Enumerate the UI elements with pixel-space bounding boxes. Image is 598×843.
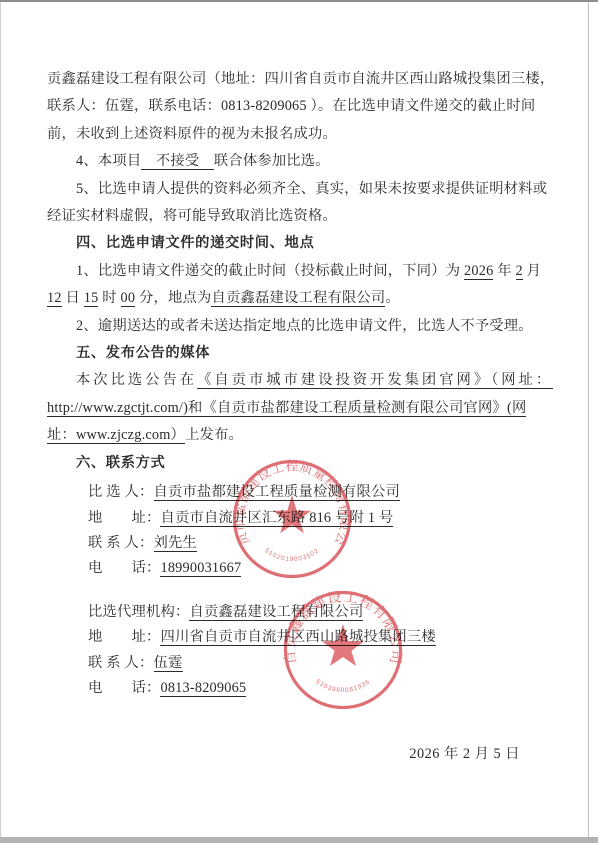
- section4-item1-line-2: 12 日 15 时 00 分，地点为自贡鑫磊建设工程有限公司。: [47, 285, 561, 312]
- contact-label: 电 话：: [88, 560, 160, 576]
- publish-site-url: http://www.zgctjt.com/)和《自贡市盐都建设工程质量检测有限…: [47, 400, 526, 417]
- page-edge-top: [0, 0, 598, 2]
- contact-value: 18990031667: [160, 560, 241, 577]
- owner-contact-block: 比 选 人：自贡市盐都建设工程质量检测有限公司 地 址：自贡市自流井区汇东路 8…: [47, 480, 561, 582]
- intro-line-2: 联系人：伍霆，联系电话：0813-8209065 ）。在比选申请文件递交的截止时…: [47, 93, 561, 120]
- contact-label: 电 话：: [88, 680, 160, 696]
- contact-row-phone: 电 话：0813-8209065: [47, 676, 561, 701]
- contact-row-person: 联 系 人：刘先生: [47, 531, 561, 556]
- contact-value: 自贡鑫磊建设工程有限公司: [189, 604, 363, 621]
- document-date: 2026 年 2 月 5 日: [47, 741, 561, 768]
- contact-row-address: 地 址：自贡市自流井区汇东路 816 号附 1 号: [47, 506, 561, 531]
- item4-prefix: 4、本项目: [76, 153, 141, 169]
- contact-value: 伍霆: [154, 655, 183, 672]
- contact-value: 0813-8209065: [160, 680, 246, 697]
- section5-line-3: 址：www.zjczg.com）上发布。: [47, 422, 561, 449]
- submission-place-value: 自贡鑫磊建设工程有限公司: [211, 290, 385, 307]
- list-item-5-line-1: 5、比选申请人提供的资料必须齐全、真实，如果未按要求提供证明材料或: [47, 176, 561, 203]
- publish-site-1: 《自贡市城市建设投资开发集团官网》（网址：: [197, 372, 553, 389]
- contact-value: 刘先生: [154, 535, 198, 552]
- item4-blank-value: 不接受: [141, 153, 213, 170]
- contact-row-person: 联 系 人：伍霆: [47, 651, 561, 676]
- section4-item1-line-1: 1、比选申请文件递交的截止时间（投标截止时间，下同）为 2026 年 2 月: [47, 258, 561, 285]
- deadline-month-value: 2: [516, 263, 523, 280]
- item4-suffix: 联合体参加比选。: [214, 153, 330, 169]
- contact-label: 地 址：: [88, 629, 160, 645]
- document-body: 贡鑫磊建设工程有限公司（地址：四川省自贡市自流井区西山路城投集团三楼， 联系人：…: [47, 66, 561, 769]
- list-item-5-line-2: 经证实材料虚假，将可能导致取消比选资格。: [47, 203, 561, 230]
- intro-line-1: 贡鑫磊建设工程有限公司（地址：四川省自贡市自流井区西山路城投集团三楼，: [47, 66, 561, 93]
- contact-label: 比 选 人：: [88, 484, 154, 500]
- contact-row-phone: 电 话：18990031667: [47, 556, 561, 581]
- contact-label: 比选代理机构：: [88, 604, 189, 620]
- contact-value: 自贡市盐都建设工程质量检测有限公司: [154, 484, 400, 501]
- document-page: 贡鑫磊建设工程有限公司（地址：四川省自贡市自流井区西山路城投集团三楼， 联系人：…: [0, 0, 598, 843]
- contact-row-selector: 比 选 人：自贡市盐都建设工程质量检测有限公司: [47, 480, 561, 505]
- contact-row-agency: 比选代理机构：自贡鑫磊建设工程有限公司: [47, 600, 561, 625]
- page-edge-right: [588, 2, 589, 837]
- contact-label: 地 址：: [88, 510, 160, 526]
- contact-label: 联 系 人：: [88, 535, 154, 551]
- deadline-minute-value: 00: [121, 290, 136, 307]
- section-heading-6: 六、联系方式: [47, 450, 561, 477]
- section-heading-4: 四、比选申请文件的递交时间、地点: [47, 230, 561, 257]
- intro-line-3: 前，未收到上述资料原件的视为未报名成功。: [47, 121, 561, 148]
- section4-item2: 2、逾期送达的或者未送达指定地点的比选申请文件，比选人不予受理。: [47, 313, 561, 340]
- deadline-day-value: 12: [47, 290, 62, 307]
- page-edge-bottom: [0, 837, 598, 843]
- deadline-hour-value: 15: [84, 290, 99, 307]
- agency-contact-block: 比选代理机构：自贡鑫磊建设工程有限公司 地 址：四川省自贡市自流井区西山路城投集…: [47, 600, 561, 702]
- contact-row-address: 地 址：四川省自贡市自流井区西山路城投集团三楼: [47, 625, 561, 650]
- publish-site-2-url: 址：www.zjczg.com）: [47, 427, 185, 444]
- page-edge-left: [0, 2, 1, 837]
- contact-value: 自贡市自流井区汇东路 816 号附 1 号: [160, 510, 393, 527]
- section-heading-5: 五、发布公告的媒体: [47, 340, 561, 367]
- deadline-year-value: 2026: [464, 263, 493, 280]
- section5-line-2: http://www.zgctjt.com/)和《自贡市盐都建设工程质量检测有限…: [47, 395, 561, 422]
- contact-label: 联 系 人：: [88, 655, 154, 671]
- list-item-4: 4、本项目 不接受 联合体参加比选。: [47, 148, 561, 175]
- contact-value: 四川省自贡市自流井区西山路城投集团三楼: [160, 629, 435, 646]
- section5-line-1: 本次比选公告在《自贡市城市建设投资开发集团官网》（网址：: [47, 367, 561, 394]
